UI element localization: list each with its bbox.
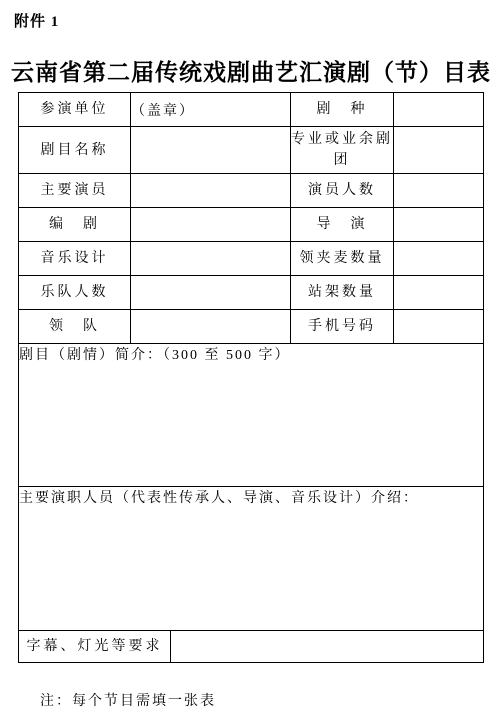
field-label-team-leader: 领 队 bbox=[19, 310, 131, 344]
table-row-cast-intro: 主要演职人员（代表性传承人、导演、音乐设计）介绍： bbox=[19, 487, 484, 631]
table-row-subtitle-lighting: 字幕、灯光等要求 bbox=[19, 631, 484, 663]
table-row-main-actors: 主要演员 演员人数 bbox=[19, 174, 484, 208]
field-value-lapel-mic-count bbox=[394, 242, 484, 276]
field-value-participating-unit: （盖章） bbox=[131, 93, 291, 127]
field-value-stand-count bbox=[394, 276, 484, 310]
field-label-director: 导 演 bbox=[291, 208, 394, 242]
field-label-mobile-number: 手机号码 bbox=[291, 310, 394, 344]
field-value-band-count bbox=[131, 276, 291, 310]
footer-note: 注：每个节目需填一张表 bbox=[40, 690, 216, 710]
field-label-lapel-mic-count: 领夹麦数量 bbox=[291, 242, 394, 276]
field-value-main-actors bbox=[131, 174, 291, 208]
table-row-unit: 参演单位 （盖章） 剧 种 bbox=[19, 93, 484, 127]
field-label-subtitle-lighting: 字幕、灯光等要求 bbox=[19, 631, 171, 663]
field-value-music-design bbox=[131, 242, 291, 276]
field-value-actor-count bbox=[394, 174, 484, 208]
document-page: 附件 1 云南省第二届传统戏剧曲艺汇演剧（节）目表 参演单位 （盖章） 剧 种 … bbox=[0, 0, 502, 724]
cast-intro-cell: 主要演职人员（代表性传承人、导演、音乐设计）介绍： bbox=[19, 487, 484, 631]
field-label-genre: 剧 种 bbox=[291, 93, 394, 127]
table-row-synopsis: 剧目（剧情）简介：（300 至 500 字） bbox=[19, 344, 484, 487]
field-value-team-leader bbox=[131, 310, 291, 344]
table-row-team-leader: 领 队 手机号码 bbox=[19, 310, 484, 344]
field-label-stand-count: 站架数量 bbox=[291, 276, 394, 310]
synopsis-cell: 剧目（剧情）简介：（300 至 500 字） bbox=[19, 344, 484, 487]
field-label-band-count: 乐队人数 bbox=[19, 276, 131, 310]
field-label-professional-or-amateur-troupe: 专业或业余剧团 bbox=[291, 127, 394, 174]
field-label-main-actors: 主要演员 bbox=[19, 174, 131, 208]
field-value-program-name bbox=[131, 127, 291, 174]
field-value-genre bbox=[394, 93, 484, 127]
field-label-participating-unit: 参演单位 bbox=[19, 93, 131, 127]
table-row-program-name: 剧目名称 专业或业余剧团 bbox=[19, 127, 484, 174]
field-value-subtitle-lighting bbox=[171, 631, 484, 663]
table-row-playwright: 编 剧 导 演 bbox=[19, 208, 484, 242]
field-value-mobile-number bbox=[394, 310, 484, 344]
field-value-director bbox=[394, 208, 484, 242]
attachment-label: 附件 1 bbox=[14, 10, 59, 31]
field-value-professional-or-amateur-troupe bbox=[394, 127, 484, 174]
field-label-playwright: 编 剧 bbox=[19, 208, 131, 242]
page-title: 云南省第二届传统戏剧曲艺汇演剧（节）目表 bbox=[0, 54, 502, 87]
field-value-playwright bbox=[131, 208, 291, 242]
field-label-actor-count: 演员人数 bbox=[291, 174, 394, 208]
table-row-band-count: 乐队人数 站架数量 bbox=[19, 276, 484, 310]
field-label-music-design: 音乐设计 bbox=[19, 242, 131, 276]
program-form-table: 参演单位 （盖章） 剧 种 剧目名称 专业或业余剧团 主要演员 演员人数 编 剧 bbox=[18, 92, 484, 663]
field-label-program-name: 剧目名称 bbox=[19, 127, 131, 174]
table-row-music-design: 音乐设计 领夹麦数量 bbox=[19, 242, 484, 276]
